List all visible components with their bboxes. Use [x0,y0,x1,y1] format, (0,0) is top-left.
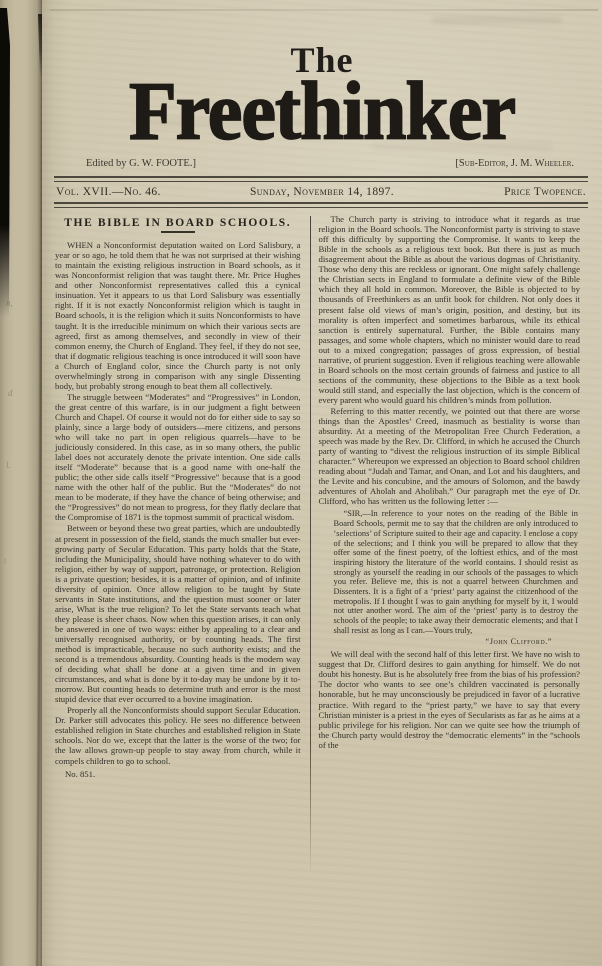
right-column: The Church party is striving to introduc… [319,214,580,876]
paragraph: WHEN a Nonconformist deputation waited o… [55,240,301,391]
letter-body: “SIR,—In reference to your notes on the … [334,509,578,635]
issue-number: No. 851. [55,769,301,779]
binding-shadow [0,8,10,318]
article-body: THE BIBLE IN BOARD SCHOOLS. WHEN a Nonco… [42,208,602,876]
dateline: Vol. XVII.—No. 46. Sunday, November 14, … [42,182,602,202]
column-divider-rule [310,216,311,876]
paragraph: Between or beyond these two great partie… [55,523,301,704]
letter-signature: “John Clifford.” [334,637,578,647]
ghost-text-fragment: t [4,556,7,566]
paragraph: Properly all the Nonconformists should s… [55,705,301,765]
title-rule [161,231,195,233]
paragraph: The struggle between “Moderates” and “Pr… [55,392,301,523]
editor-credit: Edited by G. W. FOOTE.] [86,158,196,169]
price-label: Price Twopence. [504,186,586,198]
paragraph: We will deal with the second half of thi… [319,649,580,749]
subeditor-credit: [Sub-Editor, J. M. Wheeler. [455,158,574,169]
masthead: The Freethinker Edited by G. W. FOOTE.] … [42,0,602,208]
newspaper-page: The Freethinker Edited by G. W. FOOTE.] … [42,0,602,966]
volume-number: Vol. XVII.—No. 46. [56,186,161,198]
masthead-title: Freethinker [42,72,602,151]
paragraph: Referring to this matter recently, we po… [319,406,580,506]
ghost-text-fragment: l. [6,460,11,470]
left-column: THE BIBLE IN BOARD SCHOOLS. WHEN a Nonco… [55,214,301,876]
article-title: THE BIBLE IN BOARD SCHOOLS. [55,218,301,228]
ghost-text-fragment: d [8,388,13,398]
quoted-letter: “SIR,—In reference to your notes on the … [334,509,578,646]
paragraph: The Church party is striving to introduc… [319,214,580,405]
